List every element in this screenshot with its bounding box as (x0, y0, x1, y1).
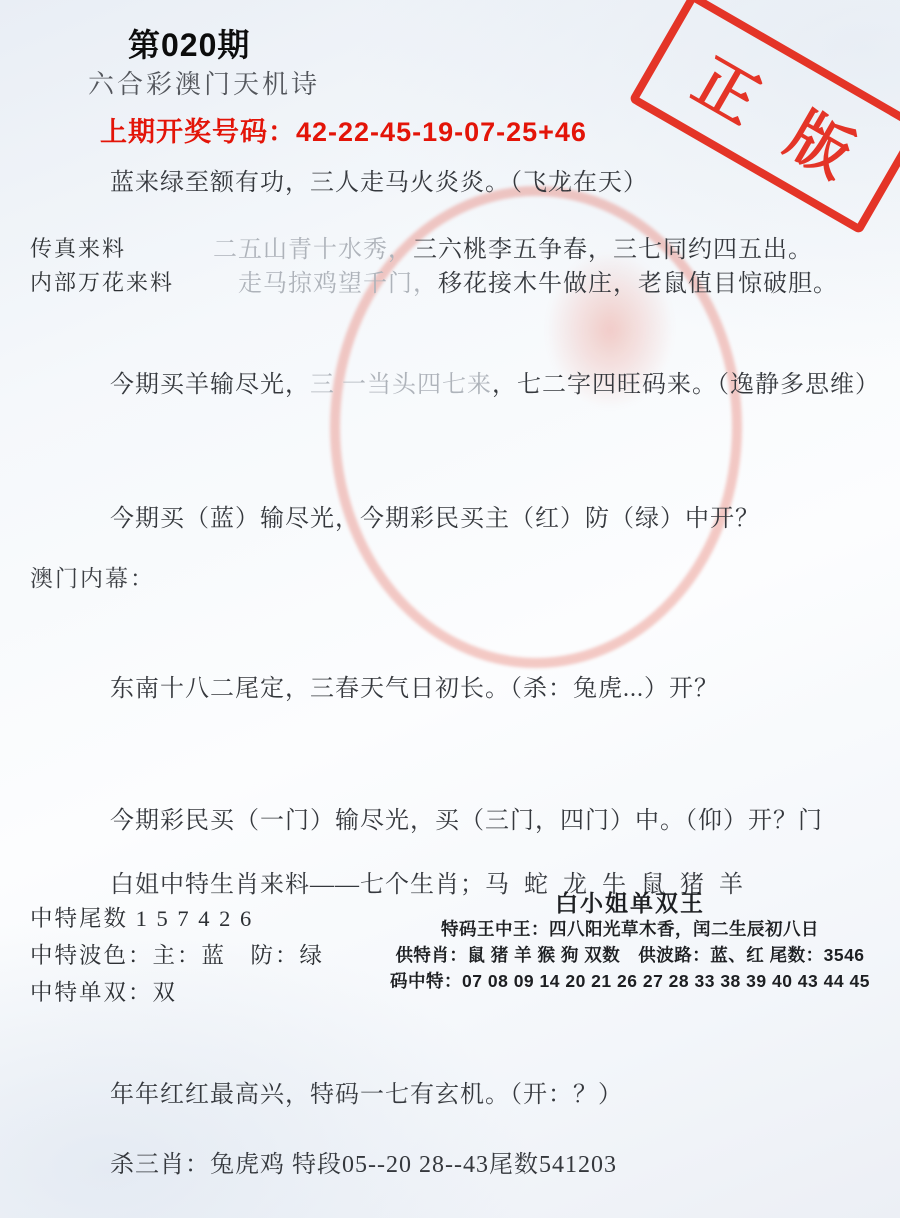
happy-poem-line: 年年红红最高兴，特码一七有玄机。（开：？） (110, 1074, 623, 1109)
macau-insider-label: 澳门内幕： (30, 560, 155, 593)
fax-main-segment: 三六桃李五争春，三七同约四五出。 (413, 237, 813, 263)
page-subtitle: 六合彩澳门天机诗 (88, 64, 320, 101)
sheep-faded-segment: 三 一当头四七来 (310, 372, 492, 398)
white-lady-box: 白小姐单双王 特码王中王：四八阳光草木香，闰二生辰初八日 供特肖：鼠 猪 羊 猴… (368, 890, 892, 994)
blue-bet-line: 今期买（蓝）输尽光，今期彩民买主（红）防（绿）中开？ (110, 498, 760, 533)
southeast-poem-line: 东南十八二尾定，三春天气日初长。（杀：兔虎...）开？ (110, 668, 719, 703)
fax-material-line: 二五山青十水秀，三六桃李五争春，三七同约四五出。 (213, 229, 813, 264)
internal-main-segment: 移花接木牛做庄，老鼠值目惊破胆。 (438, 271, 838, 297)
opening-poem-line: 蓝来绿至额有功，三人走马火炎炎。（飞龙在天） (110, 162, 648, 197)
sheep-poem-line: 今期买羊输尽光，三 一当头四七来，七二字四旺码来。（逸静多思维） (110, 364, 880, 399)
stat-wave-color: 中特波色：主：蓝 防：绿 (30, 938, 324, 970)
internal-faded-segment: 走马掠鸡望千门， (238, 271, 438, 297)
stat-odd-even: 中特单双：双 (30, 975, 177, 1007)
fax-faded-segment: 二五山青十水秀， (213, 237, 413, 263)
genuine-stamp: 正版 (628, 0, 900, 235)
internal-material-line: 走马掠鸡望千门，移花接木牛做庄，老鼠值目惊破胆。 (238, 263, 838, 298)
stat-tail-numbers: 中特尾数 1 5 7 4 2 6 (30, 901, 253, 933)
special-code-king-line: 特码王中王：四八阳光草木香，闰二生辰初八日 (368, 916, 892, 942)
code-numbers-line: 码中特：07 08 09 14 20 21 26 27 28 33 38 39 … (368, 968, 892, 994)
last-draw-numbers: 上期开奖号码：42-22-45-19-07-25+46 (100, 110, 587, 149)
lottery-tip-sheet: 第020期 六合彩澳门天机诗 上期开奖号码：42-22-45-19-07-25+… (0, 0, 900, 1218)
kill-three-zodiac-line: 杀三肖：兔虎鸡 特段05--20 28--43尾数541203 (110, 1144, 617, 1179)
sheep-post-segment: ，七二字四旺码来。（逸静多思维） (492, 372, 880, 398)
issue-title: 第020期 (128, 20, 250, 66)
fax-material-label: 传真来料 (30, 232, 126, 263)
zodiac-wave-line: 供特肖：鼠 猪 羊 猴 狗 双数 供波路：蓝、红 尾数：3546 (368, 942, 892, 968)
doors-bet-line: 今期彩民买（一门）输尽光，买（三门，四门）中。（仰）开？门 (110, 800, 823, 835)
white-lady-title: 白小姐单双王 (368, 890, 892, 916)
internal-material-label: 内部万花来料 (30, 266, 174, 297)
sheep-pre-segment: 今期买羊输尽光， (110, 372, 310, 398)
